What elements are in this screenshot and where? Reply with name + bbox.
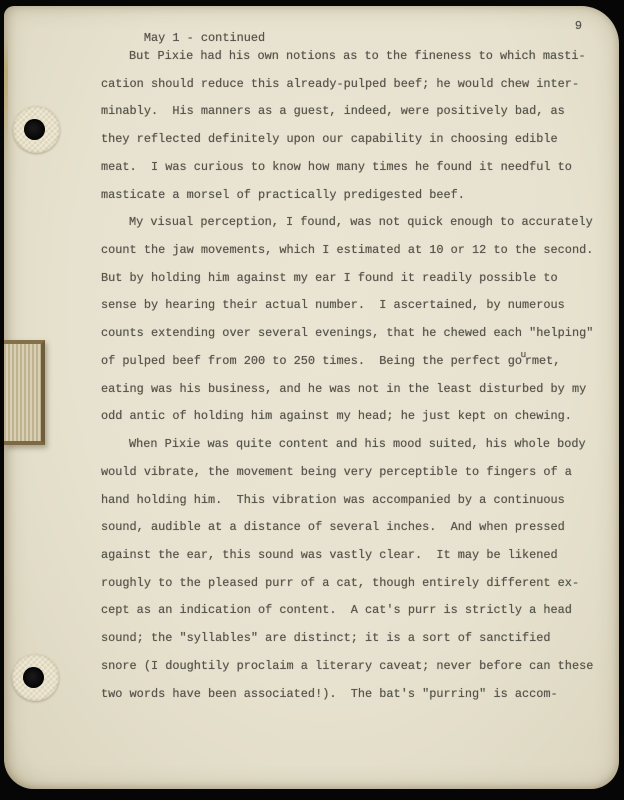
notebook-page: May 1 - continued 9 But Pixie had his ow…	[4, 6, 619, 789]
punch-hole-opening	[23, 667, 44, 688]
scanned-document-photo: May 1 - continued 9 But Pixie had his ow…	[0, 0, 624, 800]
text-line: two words have been associated!). The ba…	[101, 684, 609, 712]
text-line: cept as an indication of content. A cat'…	[101, 600, 609, 628]
text-line: of pulped beef from 200 to 250 times. Be…	[101, 351, 609, 379]
text-line: count the jaw movements, which I estimat…	[101, 240, 609, 268]
text-segment: of pulped beef from 200 to 250 times. Be…	[101, 354, 522, 368]
text-line: hand holding him. This vibration was acc…	[101, 490, 609, 518]
text-line: But by holding him against my ear I foun…	[101, 268, 609, 296]
cloth-binding-tab	[4, 340, 45, 445]
text-line: would vibrate, the movement being very p…	[101, 462, 609, 490]
text-line: sense by hearing their actual number. I …	[101, 295, 609, 323]
text-line: eating was his business, and he was not …	[101, 379, 609, 407]
text-line: counts extending over several evenings, …	[101, 323, 609, 351]
text-line: masticate a morsel of practically predig…	[101, 185, 609, 213]
punch-hole-opening	[24, 119, 45, 140]
text-line: meat. I was curious to know how many tim…	[101, 157, 609, 185]
text-segment: rmet,	[525, 354, 561, 368]
typewritten-text: But Pixie had his own notions as to the …	[101, 46, 609, 711]
text-line: sound; the "syllables" are distinct; it …	[101, 628, 609, 656]
text-line: When Pixie was quite content and his moo…	[101, 434, 609, 462]
handwritten-insertion: u	[521, 349, 527, 360]
text-line: My visual perception, I found, was not q…	[101, 212, 609, 240]
text-line: minably. His manners as a guest, indeed,…	[101, 101, 609, 129]
punch-hole-bottom	[12, 654, 59, 701]
text-line: roughly to the pleased purr of a cat, th…	[101, 573, 609, 601]
text-line: they reflected definitely upon our capab…	[101, 129, 609, 157]
text-line: odd antic of holding him against my head…	[101, 406, 609, 434]
punch-hole-top	[13, 106, 60, 153]
text-line: sound, audible at a distance of several …	[101, 517, 609, 545]
text-line: But Pixie had his own notions as to the …	[101, 46, 609, 74]
page-header: May 1 - continued 9	[101, 17, 582, 37]
text-line: against the ear, this sound was vastly c…	[101, 545, 609, 573]
text-line: snore (I doughtily proclaim a literary c…	[101, 656, 609, 684]
page-number: 9	[575, 19, 582, 33]
text-line: cation should reduce this already-pulped…	[101, 74, 609, 102]
page-heading: May 1 - continued	[144, 31, 265, 45]
